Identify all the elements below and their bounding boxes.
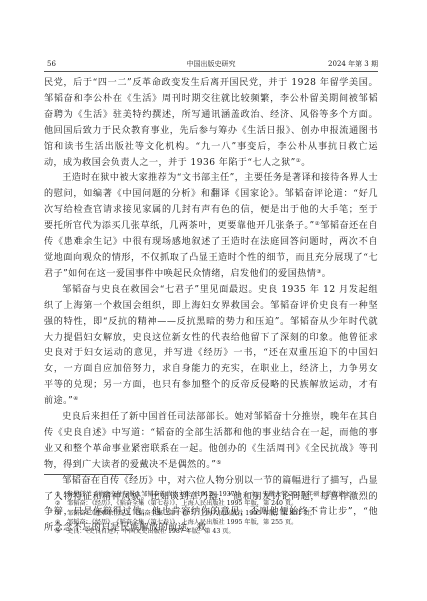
paragraph-text: 民党，后于“四一二”反革命政变发生后离开国民党，并于 1928 年留学美国。邹韬… <box>44 78 378 168</box>
footnote-mark: ⑤ <box>55 527 67 536</box>
footnote-divider <box>44 474 133 475</box>
footnote-mark: ③ <box>55 509 67 518</box>
paragraph-1: 民党，后于“四一二”反革命政变发生后离开国民党，并于 1928 年留学美国。邹韬… <box>44 76 378 171</box>
paragraph-4: 史良后来担任了新中国首任司法部部长。她对邹韬奋十分推崇，晚年在其自传《史良自述》… <box>44 410 378 474</box>
paragraph-3: 邹韬奋与史良在救国会“七君子”里见面最迟。史良 1935 年 12 月发起组织了… <box>44 283 378 410</box>
footnotes-list: ① 参见任兰《社会交往与报人邹韬奋的政治主张（1912—1937）》一文，安徽大… <box>55 490 375 536</box>
footnote-item: ④ 邹韬奋：《经历》，《韬奋全集（第七卷）》，上海人民出版社 1995 年版，第… <box>55 518 375 527</box>
footnote-ref-4[interactable]: ④ <box>73 396 78 402</box>
footnote-item: ③ 邹韬奋：《患难余生记》，《韬奋全集（第十卷）》，上海人民出版社 1995 年… <box>55 509 375 518</box>
paragraph-2: 王造时在狱中被大家推荐为“文书部主任”，主要任务是著译和接待各界人士的慰问，如编… <box>44 171 378 282</box>
footnote-mark: ② <box>55 499 67 508</box>
running-header: 56 中国出版史研究 2024 年第 3 期 <box>44 58 378 70</box>
footnote-text: 邹韬奋：《经历》，《韬奋全集（第七卷）》，上海人民出版社 1995 年版，第 2… <box>67 518 297 527</box>
footnote-mark: ④ <box>55 518 67 527</box>
footnote-text: 参见任兰《社会交往与报人邹韬奋的政治主张（1912—1937）》一文，安徽大学 … <box>67 490 356 499</box>
issue-label: 2024 年第 3 期 <box>328 58 378 70</box>
footnote-text: 史良：《史良自述》，中国文史出版社 1987 年版，第 43 页。 <box>67 527 235 536</box>
article-body: 民党，后于“四一二”反革命政变发生后离开国民党，并于 1928 年留学美国。邹韬… <box>44 76 378 537</box>
paragraph-text: 邹韬奋与史良在救国会“七君子”里见面最迟。史良 1935 年 12 月发起组织了… <box>44 285 378 406</box>
footnote-item: ① 参见任兰《社会交往与报人邹韬奋的政治主张（1912—1937）》一文，安徽大… <box>55 490 375 499</box>
header-divider <box>44 71 378 72</box>
paragraph-tail: 。 <box>301 158 311 168</box>
footnote-item: ⑤ 史良：《史良自述》，中国文史出版社 1987 年版，第 43 页。 <box>55 527 375 536</box>
footnote-mark: ① <box>55 490 67 499</box>
footnote-text: 邹韬奋：《经历》，《韬奋全集（第七卷）》，上海人民出版社 1995 年版，第 2… <box>67 499 297 508</box>
footnote-ref-5[interactable]: ⑤ <box>216 460 221 466</box>
paragraph-tail: 。 <box>322 269 332 279</box>
footnote-text: 邹韬奋：《患难余生记》，《韬奋全集（第十卷）》，上海人民出版社 1995 年版，… <box>67 509 316 518</box>
footnote-item: ② 邹韬奋：《经历》，《韬奋全集（第七卷）》，上海人民出版社 1995 年版，第… <box>55 499 375 508</box>
paragraph-text: 史良后来担任了新中国首任司法部部长。她对邹韬奋十分推崇，晚年在其自传《史良自述》… <box>44 412 378 470</box>
